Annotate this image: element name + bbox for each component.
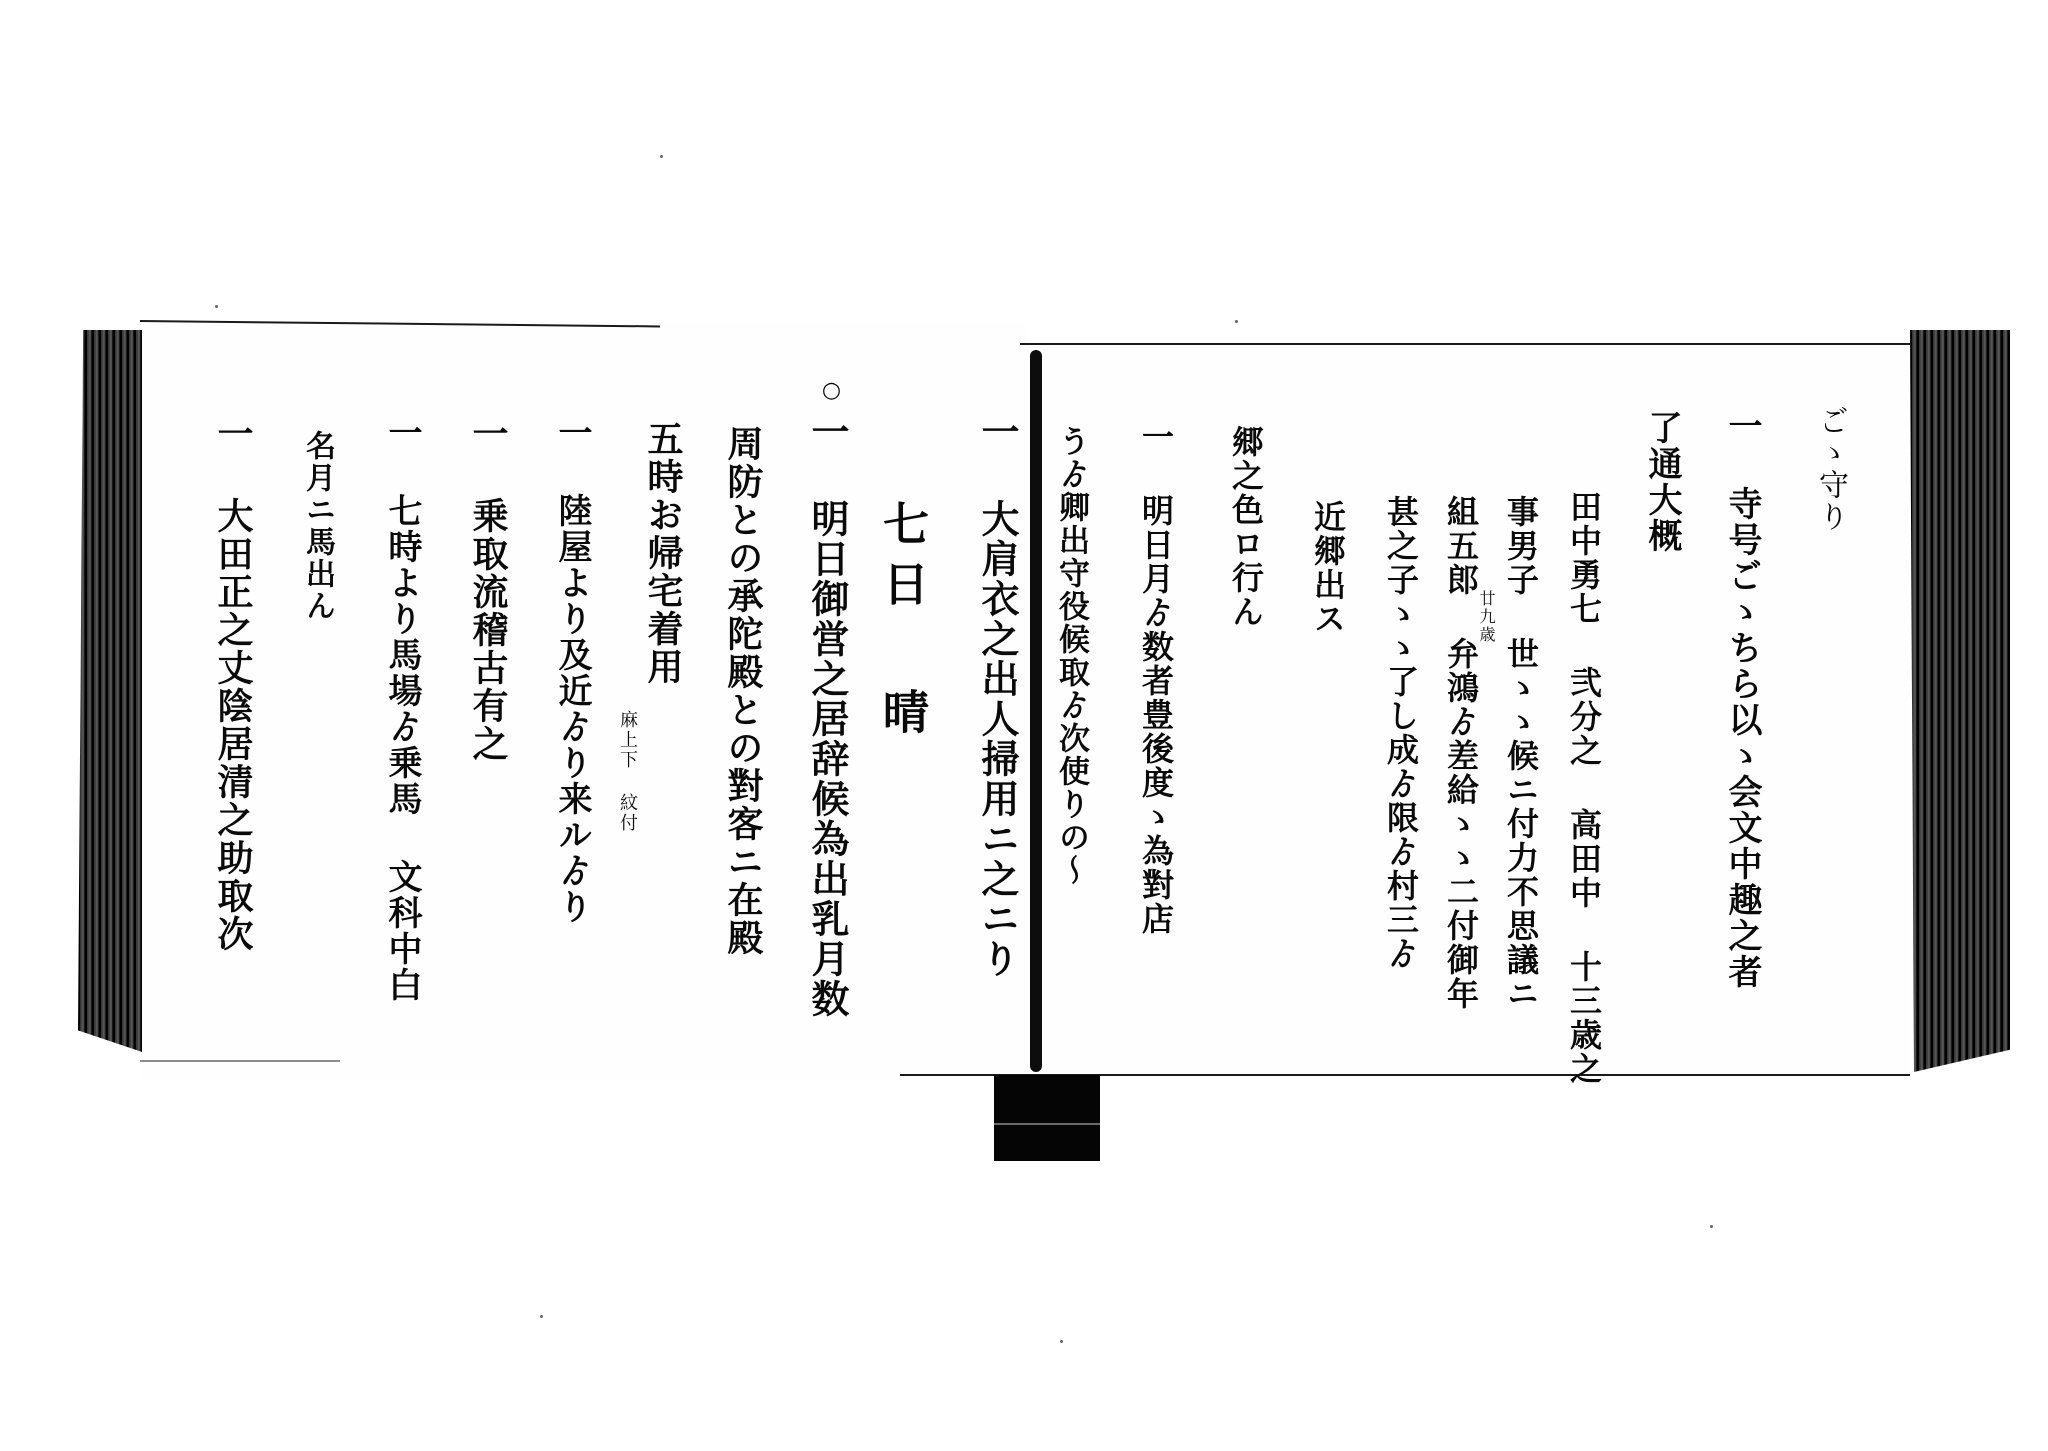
bookmark-tab-line	[994, 1123, 1100, 1125]
annotation: 廿九歳	[1478, 590, 1494, 644]
text-column: 一 七時より馬場ゟ乗馬 文科中白	[385, 415, 419, 1003]
text-column: 甚之子ゝゝ了し成ゟ限ゟ村三ゟ	[1385, 495, 1417, 971]
text-column: 一 大田正之丈陰居清之助取次	[215, 415, 251, 953]
text-column: 一 陸屋より及近ゟり来ルゟり	[555, 415, 589, 925]
right-page-stack	[1910, 330, 2010, 1072]
date-heading: 七日 晴	[880, 500, 926, 748]
text-column: 近郷出ス	[1312, 500, 1344, 636]
bookmark-tab	[994, 1075, 1100, 1161]
scan-speck	[1235, 320, 1238, 323]
text-column: 名月ニ馬出ん	[302, 430, 332, 622]
scan-speck	[1060, 1340, 1063, 1343]
text-column: 周防との承陀殿との對客ニ在殿	[725, 425, 761, 957]
text-column: 五時お帰宅着用	[645, 420, 681, 686]
left-page-stack	[78, 330, 142, 1052]
text-column: 了通大概	[1645, 410, 1679, 554]
scan-speck	[540, 1315, 543, 1318]
text-column: 一 乗取流稽古有之	[470, 415, 506, 763]
text-column: 事男子 世ゝゝ候ニ付力不思議ニ	[1505, 495, 1537, 1011]
text-column: うゟ卿出守役候取ゟ次使りの～	[1055, 425, 1086, 887]
text-column: 組五郎 弁鴻ゟ差給ゝゝ二付御年	[1445, 495, 1477, 1011]
scan-speck	[1710, 1225, 1713, 1228]
text-column: 一 明日御営之居辞候為出乳月数	[808, 412, 846, 1019]
text-column: ごゝ守り	[1815, 405, 1845, 533]
annotation: 麻上下 紋付	[618, 710, 636, 833]
scan-speck	[215, 305, 218, 308]
text-column: 一 寺号ごゝちら以ゝ会文中趣之者	[1725, 408, 1759, 990]
scan-speck	[660, 155, 663, 158]
text-column: 郷之色ロ行ん	[1230, 425, 1262, 629]
text-column: 一 明日月ゟ数者豊後度ゝ為對店	[1140, 420, 1172, 936]
right-page-top-edge	[1020, 343, 1910, 345]
text-column: 一 大肩衣之出人掃用ニ之ニり	[978, 412, 1016, 979]
text-column: 田中勇七 弐分之 高田中 十三歳之	[1568, 490, 1600, 1086]
circle-mark: ○	[820, 378, 842, 405]
left-page-bottom-edge	[140, 1060, 340, 1062]
book-spine	[1030, 350, 1042, 1072]
